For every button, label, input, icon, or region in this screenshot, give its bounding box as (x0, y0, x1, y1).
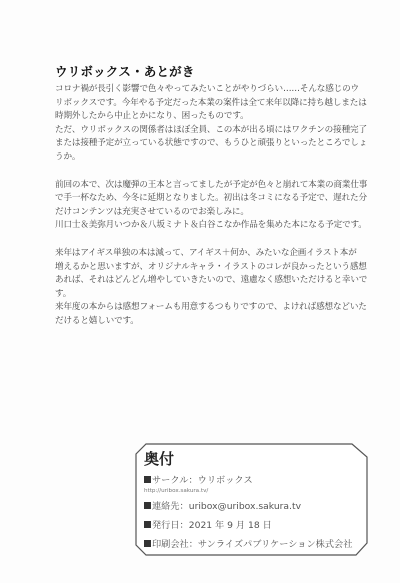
bullet-square-icon (144, 521, 151, 528)
afterword-line: コロナ禍が長引く影響で色々やってみたいことがやりづらい……そんな感じのウ (55, 83, 355, 97)
afterword-line: だけると嬉しいです。 (55, 315, 355, 329)
bullet-square-icon (144, 540, 151, 547)
paragraph-gap (55, 165, 355, 179)
printer-label: 印刷会社：サンライズパブリケーション株式会社 (152, 539, 352, 550)
bullet-square-icon (144, 476, 151, 483)
issue-date-label: 発行日：2021 年 9 月 18 日 (152, 520, 272, 531)
circle-label: サークル：ウリボックス (152, 475, 253, 486)
contact-row: 連絡先：uribox@uribox.sakura.tv (144, 501, 352, 513)
afterword-line: で手一杯なため、今冬に延期となりました。初出は冬コミになる予定で、遅れた分 (55, 192, 355, 206)
colophon-title: 奥付 (144, 448, 352, 469)
printer-row: 印刷会社：サンライズパブリケーション株式会社 (144, 539, 352, 551)
issue-date-row: 発行日：2021 年 9 月 18 日 (144, 520, 352, 532)
contact-label: 連絡先：uribox@uribox.sakura.tv (152, 501, 301, 512)
afterword-line: または接種予定が立っている状態ですので、もうひと頑張りといったところでしょ (55, 137, 355, 151)
afterword-line: 時期外したから中止とかになり、困ったものです。 (55, 110, 355, 124)
afterword-line: あれば、それはどんどん増やしていきたいので、遠慮なく感想いただけると幸いで (55, 274, 355, 288)
afterword-line: ただ、ウリボックスの関係者はほぼ全員、この本が出る頃にはワクチンの接種完了 (55, 124, 355, 138)
afterword-title: ウリボックス・あとがき (55, 62, 355, 80)
paragraph-gap (55, 233, 355, 247)
afterword-line: 増えるかと思いますが、オリジナルキャラ・イラストのコレが良かったという感想 (55, 261, 355, 275)
afterword-line: うか。 (55, 151, 355, 165)
bullet-square-icon (144, 502, 151, 509)
afterword-line: リボックスです。今年やる予定だった本業の案件は全て来年以降に持ち越しまたは (55, 97, 355, 111)
afterword-line: 来年度の本からは感想フォームも用意するつもりですので、よければ感想などいた (55, 301, 355, 315)
afterword-line: 川口士＆美弥月いつか＆八坂ミナト＆白谷こなか作品を集めた本になる予定です。 (55, 219, 355, 233)
afterword-line: 前回の本で、次は魔弾の王本と言ってましたが予定が色々と崩れて本業の商業仕事 (55, 179, 355, 193)
afterword-line: だけコンテンツは充実させているのでお楽しみに。 (55, 206, 355, 220)
circle-url: http://uribox.sakura.tv/ (144, 487, 352, 495)
afterword-line: す。 (55, 288, 355, 302)
afterword-line: 来年はアイギス単独の本は減って、アイギス＋何か、みたいな企画イラスト本が (55, 247, 355, 261)
afterword-section: ウリボックス・あとがき コロナ禍が長引く影響で色々やってみたいことがやりづらい…… (55, 62, 355, 329)
colophon-box: 奥付 サークル：ウリボックス http://uribox.sakura.tv/ … (134, 443, 374, 556)
circle-row: サークル：ウリボックス (144, 475, 352, 487)
